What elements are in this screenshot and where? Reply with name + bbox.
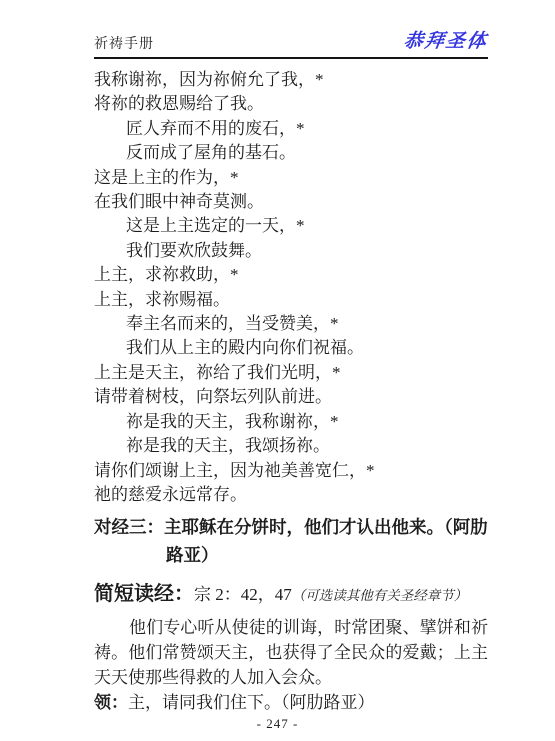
- page-header: 祈祷手册 恭拜圣体: [94, 0, 488, 59]
- psalm-line: 祢是我的天主，我颂扬祢。: [94, 434, 488, 458]
- reading-note: （可选读其他有关圣经章节）: [292, 588, 468, 603]
- psalm-line: 请你们颂谢上主，因为祂美善宽仁，*: [94, 459, 488, 483]
- psalm-line: 奉主名而来的，当受赞美，*: [94, 312, 488, 336]
- page-number: - 247 -: [0, 716, 555, 732]
- antiphon-label: 对经三：: [94, 517, 164, 537]
- document-page: 祈祷手册 恭拜圣体 我称谢祢，因为祢俯允了我，* 将祢的救恩赐给了我。 匠人弃而…: [0, 0, 555, 741]
- psalm-line: 上主是天主，祢给了我们光明，*: [94, 361, 488, 385]
- psalm-line: 匠人弃而不用的废石，*: [94, 117, 488, 141]
- response-text: 主，请同我们住下。（阿肋路亚）: [128, 693, 375, 712]
- psalm-line: 在我们眼中神奇莫测。: [94, 190, 488, 214]
- reading-heading: 简短读经：宗 2：42，47（可选读其他有关圣经章节）: [94, 581, 488, 609]
- page-content: 祈祷手册 恭拜圣体 我称谢祢，因为祢俯允了我，* 将祢的救恩赐给了我。 匠人弃而…: [94, 0, 488, 715]
- psalm-line: 请带着树枝，向祭坛列队前进。: [94, 385, 488, 409]
- psalm-block: 我称谢祢，因为祢俯允了我，* 将祢的救恩赐给了我。 匠人弃而不用的废石，* 反而…: [94, 68, 488, 507]
- response-line: 领：主，请同我们住下。（阿肋路亚）: [94, 690, 488, 715]
- psalm-line: 祢是我的天主，我称谢祢，*: [94, 410, 488, 434]
- psalm-line: 祂的慈爱永远常存。: [94, 483, 488, 507]
- psalm-line: 上主，求祢救助，*: [94, 263, 488, 287]
- psalm-line: 反而成了屋角的基石。: [94, 141, 488, 165]
- psalm-line: 这是上主的作为，*: [94, 166, 488, 190]
- psalm-line: 我们要欢欣鼓舞。: [94, 239, 488, 263]
- header-section-title: 恭拜圣体: [402, 26, 490, 53]
- reading-paragraph: 他们专心听从使徒的训诲，时常团聚、擘饼和祈祷。他们常赞颂天主，也获得了全民众的爱…: [94, 615, 488, 690]
- reading-reference: 宗 2：42，47: [194, 585, 292, 604]
- psalm-line: 我们从上主的殿内向你们祝福。: [94, 336, 488, 360]
- antiphon-heading: 对经三：主耶稣在分饼时，他们才认出他来。（阿肋路亚）: [94, 513, 488, 569]
- header-book-title: 祈祷手册: [94, 33, 154, 53]
- reading-label: 简短读经：: [94, 583, 194, 605]
- psalm-line: 上主，求祢赐福。: [94, 288, 488, 312]
- psalm-line: 这是上主选定的一天，*: [94, 214, 488, 238]
- response-label: 领：: [94, 693, 128, 712]
- antiphon-text: 主耶稣在分饼时，他们才认出他来。（阿肋路亚）: [164, 517, 488, 565]
- psalm-line: 将祢的救恩赐给了我。: [94, 92, 488, 116]
- psalm-line: 我称谢祢，因为祢俯允了我，*: [94, 68, 488, 92]
